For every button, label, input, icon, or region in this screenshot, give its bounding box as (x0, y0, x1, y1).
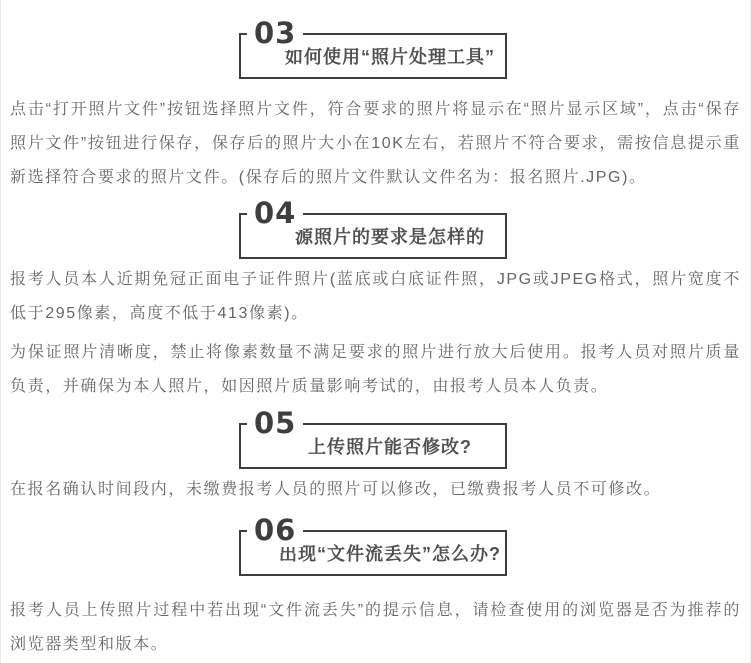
section-04-paragraph-2: 为保证照片清晰度，禁止将像素数量不满足要求的照片进行放大后使用。报考人员对照片质… (10, 336, 741, 404)
faq-article-page: 03 如何使用“照片处理工具” 点击“打开照片文件”按钮选择照片文件，符合要求的… (0, 0, 751, 663)
section-04-number: 04 (247, 198, 303, 230)
section-06-paragraph-1: 报考人员上传照片过程中若出现“文件流丢失”的提示信息，请检查使用的浏览器是否为推… (10, 594, 741, 662)
section-06-header-box: 06 出现“文件流丢失”怎么办? (239, 530, 507, 576)
section-04-paragraph-1: 报考人员本人近期免冠正面电子证件照片(蓝底或白底证件照，JPG或JPEG格式，照… (10, 263, 741, 331)
section-03-paragraph-1: 点击“打开照片文件”按钮选择照片文件，符合要求的照片将显示在“照片显示区域”，点… (10, 93, 741, 195)
section-05-paragraph-1: 在报名确认时间段内，未缴费报考人员的照片可以修改，已缴费报考人员不可修改。 (10, 473, 741, 507)
section-05-header-box: 05 上传照片能否修改? (239, 423, 507, 469)
section-05-number: 05 (247, 408, 303, 440)
section-03-number: 03 (247, 18, 303, 50)
section-06-number: 06 (247, 515, 303, 547)
section-04-header-box: 04 源照片的要求是怎样的 (239, 213, 507, 259)
section-03-header-box: 03 如何使用“照片处理工具” (239, 33, 507, 79)
